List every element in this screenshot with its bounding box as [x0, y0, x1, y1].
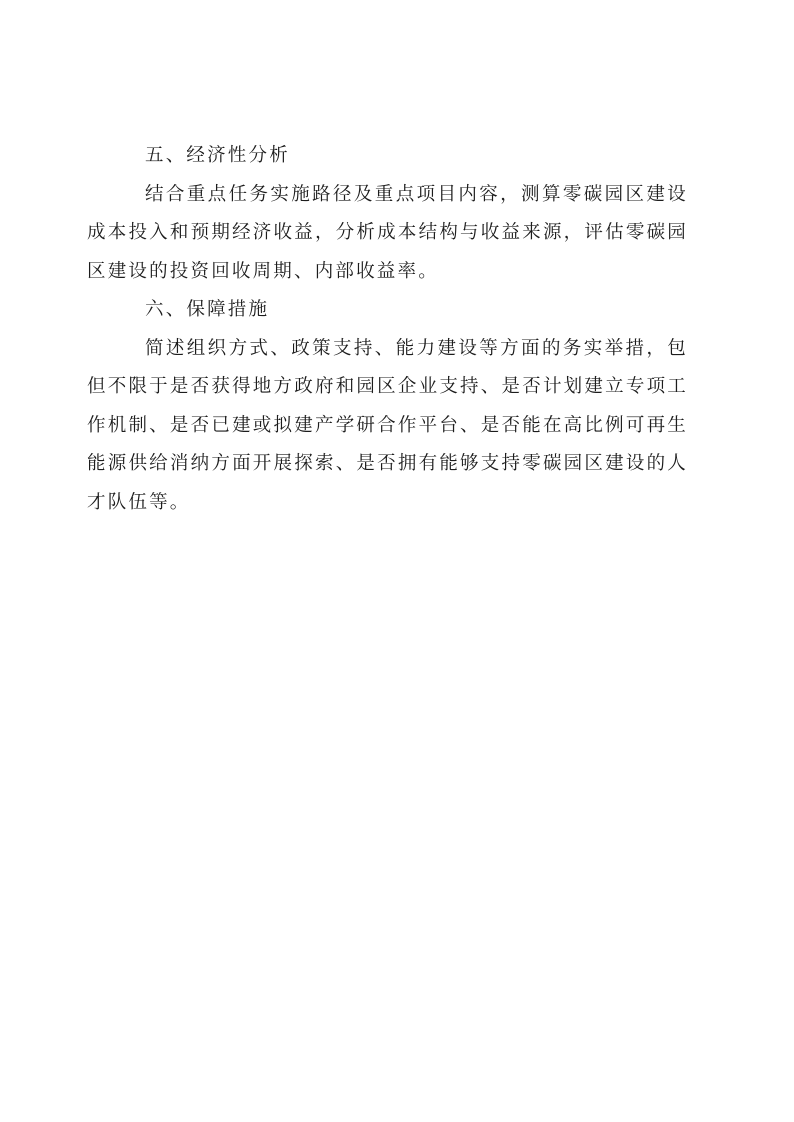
document-text-block: 五、经济性分析 结合重点任务实施路径及重点项目内容，测算零碳园区建设的 成本投入…: [87, 137, 688, 522]
section-6-heading: 六、保障措施: [87, 291, 688, 330]
section-5-paragraph-line-3: 区建设的投资回收周期、内部收益率。: [87, 253, 688, 292]
section-6-paragraph-line-1: 简述组织方式、政策支持、能力建设等方面的务实举措，包括: [87, 330, 688, 369]
section-5-paragraph-line-2: 成本投入和预期经济收益，分析成本结构与收益来源，评估零碳园: [87, 214, 688, 253]
section-6-paragraph-line-3: 作机制、是否已建或拟建产学研合作平台、是否能在高比例可再生: [87, 407, 688, 446]
section-6-paragraph-line-2: 但不限于是否获得地方政府和园区企业支持、是否计划建立专项工: [87, 368, 688, 407]
document-page: 五、经济性分析 结合重点任务实施路径及重点项目内容，测算零碳园区建设的 成本投入…: [0, 0, 794, 1122]
section-6-paragraph-line-5: 才队伍等。: [87, 484, 688, 523]
section-5-heading: 五、经济性分析: [87, 137, 688, 176]
section-5-paragraph-line-1: 结合重点任务实施路径及重点项目内容，测算零碳园区建设的: [87, 176, 688, 215]
section-6-paragraph-line-4: 能源供给消纳方面开展探索、是否拥有能够支持零碳园区建设的人: [87, 445, 688, 484]
